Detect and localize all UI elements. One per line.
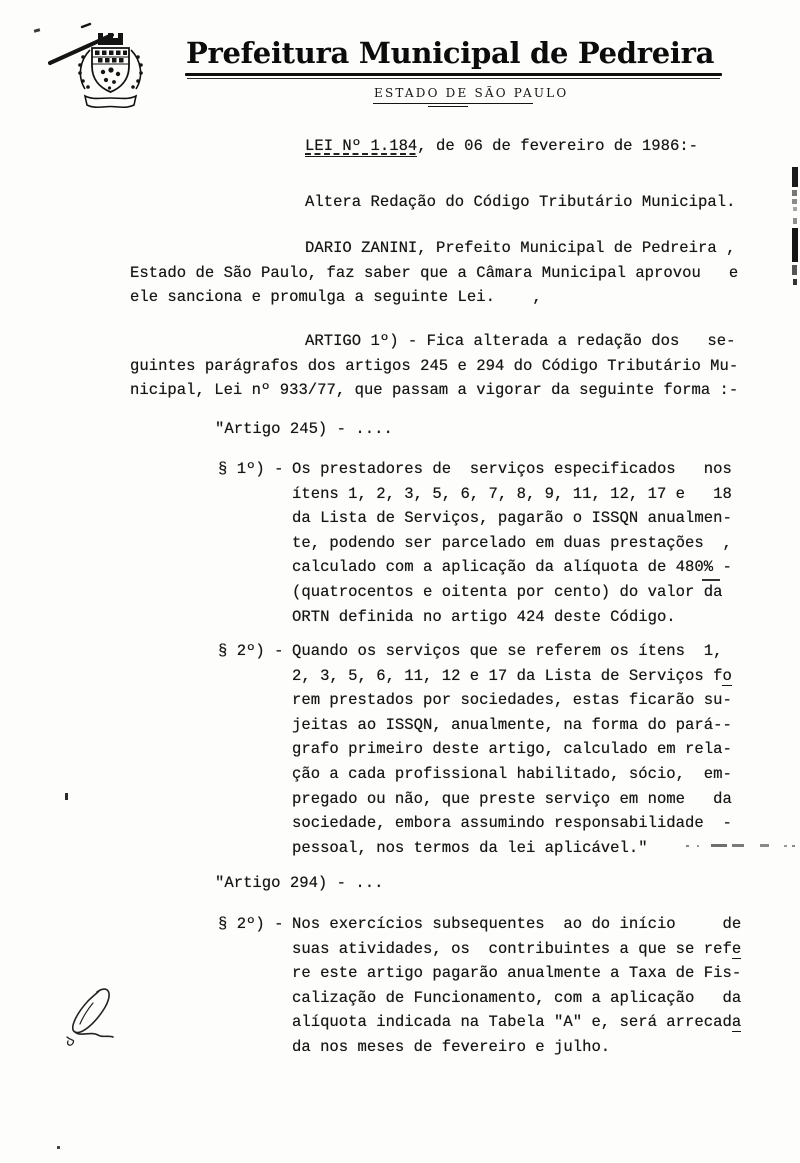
- text-line: ele sanciona e promulga a seguinte Lei. …: [130, 285, 738, 310]
- scan-artifact: [793, 279, 797, 285]
- scan-artifact: [34, 28, 41, 32]
- coat-of-arms-logo: [48, 20, 170, 120]
- scan-artifact: [793, 218, 797, 224]
- mural-crown: [98, 33, 123, 45]
- text-line: jeitas ao ISSQN, anualmente, na forma do…: [292, 713, 732, 738]
- law-date: , de 06 de fevereiro de 1986:-: [417, 137, 698, 155]
- text-line: da nos meses de fevereiro e julho.: [292, 1035, 741, 1060]
- artigo-245-paragraph-2: Quando os serviços que se referem os íte…: [292, 639, 732, 860]
- text-line: Estado de São Paulo, faz saber que a Câm…: [130, 261, 738, 286]
- scan-artifact: [792, 845, 795, 847]
- scan-artifact: [793, 207, 797, 211]
- scan-artifact: [57, 1146, 60, 1149]
- text-line: ORTN definida no artigo 424 deste Código…: [292, 605, 732, 630]
- text-line: pregado ou não, que preste serviço em no…: [292, 787, 732, 812]
- text-line: guintes parágrafos dos artigos 245 e 294…: [130, 354, 738, 379]
- artigo-245-heading: "Artigo 245) - ....: [215, 417, 393, 442]
- text-line: ção a cada profissional habilitado, sóci…: [292, 762, 732, 787]
- text-line: ítens 1, 2, 3, 5, 6, 7, 8, 9, 11, 12, 17…: [292, 482, 732, 507]
- law-ementa: Altera Redação do Código Tributário Muni…: [305, 190, 735, 215]
- scan-artifact: [792, 167, 798, 187]
- handwritten-initial: [52, 982, 132, 1054]
- text-line: re este artigo pagarão anualmente a Taxa…: [292, 961, 741, 986]
- state-subtitle: ESTADO DE SÃO PAULO: [374, 86, 544, 100]
- scan-artifact: [792, 228, 798, 262]
- scroll-banner: [85, 96, 136, 107]
- text-line: nicipal, Lei nº 933/77, que passam a vig…: [130, 378, 738, 403]
- page-title: Prefeitura Municipal de Pedreira: [186, 36, 714, 70]
- text-line: sociedade, embora assumindo responsabili…: [292, 811, 732, 836]
- scan-artifact: [792, 265, 797, 275]
- artigo-1-paragraph: ARTIGO 1º) - Fica alterada a redação dos…: [130, 329, 738, 403]
- artigo-294-paragraph-2: Nos exercícios subsequentes ao do início…: [292, 912, 741, 1060]
- text-line: DARIO ZANINI, Prefeito Municipal de Pedr…: [130, 236, 738, 261]
- title-underline: [185, 73, 722, 76]
- text-line: 2, 3, 5, 6, 11, 12 e 17 da Lista de Serv…: [292, 664, 732, 689]
- scan-artifact: [732, 844, 744, 847]
- subtitle-underline-short: [428, 106, 468, 107]
- text-line: Quando os serviços que se referem os íte…: [292, 639, 732, 664]
- text-line: alíquota indicada na Tabela "A" e, será …: [292, 1010, 741, 1035]
- text-line: ARTIGO 1º) - Fica alterada a redação dos…: [130, 329, 738, 354]
- scan-artifact: [760, 844, 769, 847]
- text-line: (quatrocentos e oitenta por cento) do va…: [292, 580, 732, 605]
- scan-artifact: [711, 844, 727, 847]
- scan-artifact: [792, 190, 797, 196]
- text-line: Nos exercícios subsequentes ao do início…: [292, 912, 741, 937]
- artigo-245-paragraph-1: Os prestadores de serviços especificados…: [292, 457, 732, 629]
- subtitle-underline: [373, 103, 533, 104]
- scan-artifact: [792, 199, 797, 204]
- text-line: Os prestadores de serviços especificados…: [292, 457, 732, 482]
- scan-artifact: [697, 845, 699, 847]
- text-line: calculado com a aplicação da alíquota de…: [292, 555, 732, 580]
- text-line: te, podendo ser parcelado em duas presta…: [292, 531, 732, 556]
- text-line: suas atividades, os contribuintes a que …: [292, 937, 741, 962]
- scan-artifact: [702, 579, 720, 581]
- preamble-paragraph: DARIO ZANINI, Prefeito Municipal de Pedr…: [130, 236, 738, 310]
- paragraph-2-label-294: § 2º) -: [218, 912, 284, 937]
- text-line: calização de Funcionamento, com a aplica…: [292, 986, 741, 1011]
- text-line: grafo primeiro deste artigo, calculado e…: [292, 737, 732, 762]
- scanned-law-document: { "header": { "title": "Prefeitura Munic…: [0, 0, 800, 1163]
- scan-artifact: [686, 845, 689, 847]
- paragraph-2-label: § 2º) -: [218, 639, 284, 664]
- text-line: pessoal, nos termos da lei aplicável.": [292, 836, 732, 861]
- artigo-294-heading: "Artigo 294) - ...: [215, 871, 383, 896]
- text-line: rem prestados por sociedades, estas fica…: [292, 688, 732, 713]
- paragraph-1-label: § 1º) -: [218, 457, 284, 482]
- text-line: da Lista de Serviços, pagarão o ISSQN an…: [292, 506, 732, 531]
- title-underline-thin: [187, 78, 720, 79]
- scan-artifact: [65, 793, 68, 800]
- law-number-dashed-underline: [305, 153, 418, 155]
- scan-artifact: [784, 845, 787, 847]
